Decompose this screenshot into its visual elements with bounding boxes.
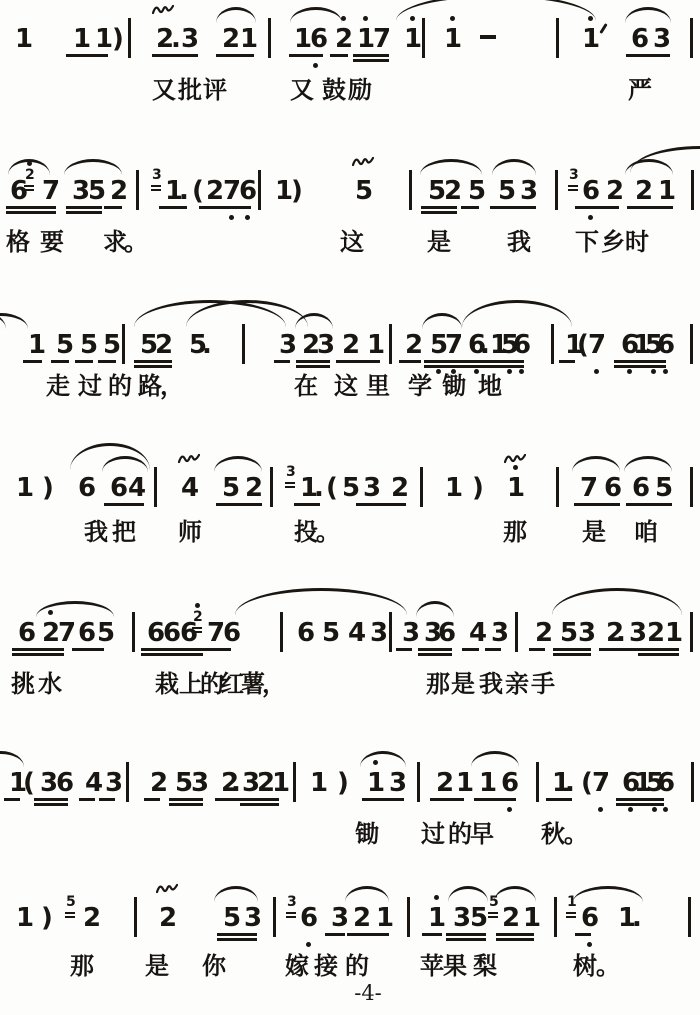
note-token: 6 [78, 473, 96, 503]
octave-dot-below [663, 807, 668, 812]
note-token: 7 [445, 330, 463, 360]
octave-dot-below [519, 369, 524, 374]
slur-arc [214, 886, 258, 902]
beam-underline [104, 503, 144, 506]
beam-underline [626, 503, 672, 506]
lyric-char: 乡 [601, 228, 625, 256]
beam-underline [12, 653, 64, 656]
beam-underline [169, 798, 203, 801]
lyric-char: 是 [582, 518, 606, 546]
octave-dot-below [627, 369, 632, 374]
grace-flag [151, 189, 161, 191]
slur-arc [552, 588, 682, 615]
grace-flag [566, 916, 576, 918]
grace-flag [151, 185, 161, 187]
beam-underline [559, 360, 575, 363]
dash-rest [480, 35, 496, 39]
octave-dot-above [513, 465, 518, 470]
note-token: 5 [222, 473, 240, 503]
octave-dot-above [450, 16, 455, 21]
note-token: 6 [297, 618, 315, 648]
note-token: 6 [239, 176, 257, 206]
barline [154, 467, 157, 507]
barline [128, 18, 131, 58]
barline [136, 170, 139, 210]
lyric-char: 批 [178, 76, 202, 104]
octave-dot-above [588, 16, 593, 21]
octave-dot-above [341, 16, 346, 21]
octave-dot-below [313, 63, 318, 68]
slur-arc [345, 886, 389, 902]
beam-underline [34, 798, 68, 801]
octave-dot-above [195, 603, 200, 608]
note-token: 1 [507, 473, 525, 503]
slur-arc [448, 886, 488, 902]
note-token: 2 [245, 473, 263, 503]
beam-underline [575, 206, 619, 209]
note-token: 1 [16, 903, 34, 933]
note-token: 5 [322, 618, 340, 648]
barline [293, 762, 296, 802]
grace-flag [568, 185, 578, 187]
note-token: 3 [402, 618, 420, 648]
barline [551, 324, 554, 364]
note-token: 2 [222, 24, 240, 54]
note-token: 1 [665, 618, 683, 648]
beam-underline [296, 365, 330, 368]
lyric-char: 师 [178, 518, 202, 546]
lyric-char: 那 [503, 518, 527, 546]
beam-underline [144, 798, 160, 801]
slur-arc [462, 300, 572, 327]
note-token: 7 [588, 330, 606, 360]
tie-tick [599, 23, 607, 34]
beam-underline [356, 503, 406, 506]
grace-note: 3 [569, 167, 579, 183]
barline [555, 170, 558, 210]
note-token: 5 [655, 473, 673, 503]
note-token: 3 [363, 473, 381, 503]
note-token: . [231, 768, 241, 798]
barline [690, 18, 693, 58]
note-token: 5 [223, 903, 241, 933]
slur-arc [573, 886, 643, 902]
note-token: 3 [181, 24, 199, 54]
note-token: 4 [181, 473, 199, 503]
slur-arc [494, 886, 536, 902]
beam-underline [396, 648, 412, 651]
beam-underline [12, 648, 64, 651]
note-token: ( [326, 473, 338, 503]
lyric-char: 励 [348, 76, 372, 104]
note-token: 1 [240, 24, 258, 54]
note-token: 5 [342, 473, 360, 503]
lyric-char: 严 [628, 76, 652, 104]
note-token: 2 [606, 176, 624, 206]
slur-arc [214, 456, 262, 472]
note-token: 2 [110, 176, 128, 206]
barline [690, 324, 693, 364]
barline [273, 897, 276, 937]
octave-dot-above [363, 16, 368, 21]
note-token: 6 [657, 768, 675, 798]
note-token: 3 [317, 330, 335, 360]
beam-underline [199, 206, 217, 209]
sheet-music-page: -4- 111)2.3211621711163又批评又鼓励严62735231.(… [0, 0, 700, 1015]
note-token: 6 [110, 473, 128, 503]
barline [280, 612, 283, 652]
beam-underline [296, 360, 330, 363]
barline [122, 324, 125, 364]
note-token: 2 [353, 903, 371, 933]
note-token: 1 [582, 24, 600, 54]
note-token: . [179, 176, 189, 206]
beam-underline [23, 360, 42, 363]
beam-underline [496, 933, 534, 936]
note-token: 6 [163, 618, 181, 648]
note-token: 1 [73, 24, 91, 54]
grace-note: 2 [193, 609, 203, 625]
note-token: 5 [470, 903, 488, 933]
lyric-char: 我 [507, 228, 531, 256]
beam-underline [616, 798, 664, 801]
barline [515, 612, 518, 652]
note-token: 2 [159, 903, 177, 933]
note-token: 1 [15, 24, 33, 54]
beam-underline [66, 211, 102, 214]
note-token: 6 [582, 176, 600, 206]
beam-underline [446, 933, 486, 936]
grace-flag [286, 912, 296, 914]
note-token: 3 [629, 618, 647, 648]
lyric-char: 评 [203, 76, 227, 104]
note-token: 6 [604, 473, 622, 503]
octave-dot-below [663, 369, 668, 374]
beam-underline [134, 365, 172, 368]
grace-flag [24, 185, 34, 187]
note-token: 3 [279, 330, 297, 360]
lyric-char: 格 [6, 228, 30, 256]
note-token: 1 [367, 768, 385, 798]
lyric-char: 手 [531, 670, 555, 698]
beam-underline [462, 648, 479, 651]
octave-dot-below [436, 369, 441, 374]
note-token: ( [23, 768, 35, 798]
barline [409, 170, 412, 210]
barline [389, 324, 392, 364]
note-token: 3 [370, 618, 388, 648]
lyric-char: 我 [84, 518, 108, 546]
note-token: 7 [580, 473, 598, 503]
grace-flag [192, 627, 202, 629]
note-token: 6 [56, 768, 74, 798]
note-token: 1 [404, 24, 422, 54]
beam-underline [217, 938, 257, 941]
octave-dot-below [598, 807, 603, 812]
note-token: ( [192, 176, 204, 206]
beam-underline [141, 648, 231, 651]
barline [691, 170, 694, 210]
trill-icon [156, 882, 178, 894]
beam-underline [336, 360, 380, 363]
note-token: 3 [520, 176, 538, 206]
trill-icon [504, 452, 526, 464]
lyric-char: 锄 [355, 820, 379, 848]
slur-arc [360, 751, 406, 767]
beam-underline [216, 54, 254, 57]
lyric-char: 秋 [541, 820, 565, 848]
beam-underline [34, 803, 68, 806]
note-token: ) [112, 24, 124, 54]
note-token: 5 [97, 618, 115, 648]
beam-underline [134, 360, 172, 363]
beam-underline [353, 54, 389, 57]
note-token: 1 [95, 24, 113, 54]
note-token: . [616, 618, 626, 648]
beam-underline [4, 798, 20, 801]
note-token: 6 [438, 618, 456, 648]
note-token: 2 [444, 176, 462, 206]
octave-dot-above [27, 161, 32, 166]
note-token: 2 [206, 176, 224, 206]
octave-dot-below [652, 807, 657, 812]
lyric-char: 。 [124, 228, 148, 256]
beam-underline [474, 798, 516, 801]
beam-underline [616, 803, 664, 806]
grace-flag [285, 486, 295, 488]
note-token: . [202, 330, 212, 360]
note-token: 2 [502, 903, 520, 933]
slur-arc [630, 146, 700, 173]
note-token: ) [42, 473, 54, 503]
barline [258, 170, 261, 210]
beam-underline [347, 933, 389, 936]
lyric-char: 是 [451, 670, 475, 698]
note-token: 5 [88, 176, 106, 206]
lyric-char: 苹 [420, 952, 444, 980]
note-token: . [632, 903, 642, 933]
lyric-char: 咱 [634, 518, 658, 546]
note-token: 5 [355, 176, 373, 206]
note-token: 6 [78, 618, 96, 648]
beam-underline [169, 803, 203, 806]
lyric-char: 投 [294, 518, 318, 546]
note-token: 6 [300, 903, 318, 933]
slur-arc [290, 7, 342, 23]
note-token: 2 [405, 330, 423, 360]
lyric-char: 在 [294, 372, 318, 400]
trill-icon [152, 3, 174, 15]
trill-icon [178, 452, 200, 464]
octave-dot-above [48, 610, 53, 615]
note-token: 6 [501, 768, 519, 798]
lyric-char: 学 [408, 372, 432, 400]
note-token: 2 [335, 24, 353, 54]
beam-underline [529, 648, 545, 651]
grace-note: 2 [25, 167, 35, 183]
slur-arc [216, 7, 256, 23]
beam-underline [490, 206, 536, 209]
beam-underline [104, 206, 122, 209]
note-token: . [171, 24, 181, 54]
slur-arc [235, 588, 407, 615]
beam-underline [424, 360, 466, 363]
note-token: 2 [150, 768, 168, 798]
beam-underline [430, 798, 464, 801]
barline [420, 467, 423, 507]
beam-underline [614, 360, 666, 363]
lyric-char: 时 [625, 228, 649, 256]
barline [407, 897, 410, 937]
note-token: 5 [498, 176, 516, 206]
octave-dot-above [434, 895, 439, 900]
note-token: 3 [453, 903, 471, 933]
note-token: 3 [105, 768, 123, 798]
beam-underline [289, 54, 323, 57]
grace-note: 3 [286, 464, 296, 480]
lyric-char: 水 [38, 670, 62, 698]
note-token: 3 [191, 768, 209, 798]
lyric-char: 是 [145, 952, 169, 980]
grace-flag [192, 631, 202, 633]
octave-dot-below [245, 215, 250, 220]
note-token: 1 [272, 768, 290, 798]
beam-underline [51, 360, 69, 363]
barline [134, 897, 137, 937]
barline [690, 467, 693, 507]
beam-underline [6, 206, 56, 209]
note-token: 1 [310, 768, 328, 798]
note-token: 2 [635, 176, 653, 206]
note-token: 4 [469, 618, 487, 648]
lyric-char: 。 [564, 820, 588, 848]
grace-note: 1 [567, 894, 577, 910]
lyric-char: 早 [470, 820, 494, 848]
note-token: 2 [391, 473, 409, 503]
grace-flag [566, 912, 576, 914]
lyric-char: 过 [78, 372, 102, 400]
beam-underline [421, 206, 457, 209]
beam-underline [72, 648, 104, 651]
note-token: 2 [155, 330, 173, 360]
grace-note: 5 [489, 894, 499, 910]
beam-underline [614, 365, 666, 368]
grace-note: 5 [66, 894, 76, 910]
beam-underline [294, 503, 320, 506]
barline [690, 612, 693, 652]
octave-dot-above [410, 16, 415, 21]
lyric-char: ， [262, 670, 286, 698]
note-token: 1 [658, 176, 676, 206]
barline [242, 324, 245, 364]
octave-dot-below [594, 369, 599, 374]
lyric-char: 这 [340, 228, 364, 256]
note-token: 2 [647, 618, 665, 648]
slur-arc [422, 313, 462, 329]
lyric-char: 这 [334, 372, 358, 400]
lyric-char: 下 [575, 228, 599, 256]
beam-underline [546, 798, 572, 801]
beam-underline [462, 365, 524, 368]
note-token: ) [291, 176, 303, 206]
note-token: 3 [653, 24, 671, 54]
grace-flag [568, 189, 578, 191]
note-token: 6 [581, 903, 599, 933]
note-token: 7 [373, 24, 391, 54]
octave-dot-above [373, 760, 378, 765]
note-token: 3 [244, 903, 262, 933]
lyric-char: 。 [316, 518, 340, 546]
note-token: . [314, 473, 324, 503]
slur-arc [624, 456, 672, 472]
beam-underline [399, 360, 421, 363]
barline [554, 897, 557, 937]
note-token: ) [337, 768, 349, 798]
note-token: 1 [523, 903, 541, 933]
octave-dot-below [507, 369, 512, 374]
beam-underline [217, 933, 257, 936]
beam-underline [575, 933, 591, 936]
note-token: . [565, 768, 575, 798]
beam-underline [446, 938, 486, 941]
barline [389, 612, 392, 652]
note-token: 2 [83, 903, 101, 933]
grace-flag [65, 916, 75, 918]
beam-underline [462, 360, 524, 363]
barline [556, 18, 559, 58]
lyric-char: 过 [421, 820, 445, 848]
lyric-char: 接 [314, 952, 338, 980]
grace-flag [65, 912, 75, 914]
note-token: 6 [513, 330, 531, 360]
beam-underline [274, 360, 290, 363]
slur-arc [420, 159, 482, 175]
note-token: 6 [657, 330, 675, 360]
barline [688, 897, 691, 937]
note-token: 3 [331, 903, 349, 933]
note-token: 1 [428, 903, 446, 933]
beam-underline [66, 206, 102, 209]
barline [417, 762, 420, 802]
beam-underline [99, 798, 115, 801]
note-token: 3 [389, 768, 407, 798]
barline [126, 762, 129, 802]
beam-underline [626, 54, 670, 57]
lyric-char: 走 [46, 372, 70, 400]
note-token: 6 [18, 618, 36, 648]
note-token: 6 [632, 473, 650, 503]
lyric-char: 锄 [442, 372, 466, 400]
lyric-char: 挑 [11, 670, 35, 698]
note-token: 7 [58, 618, 76, 648]
lyric-char: ， [160, 372, 184, 400]
note-token: 3 [578, 618, 596, 648]
note-token: 1 [479, 768, 497, 798]
octave-dot-below [306, 942, 311, 947]
barline [268, 18, 271, 58]
beam-underline [424, 365, 466, 368]
slur-arc [396, 0, 596, 21]
lyric-char: 地 [478, 372, 502, 400]
lyric-char: 的 [345, 952, 369, 980]
slur-arc [572, 456, 620, 472]
lyric-char: 栽 [155, 670, 179, 698]
beam-underline [353, 59, 389, 62]
lyric-char: 树 [573, 952, 597, 980]
beam-underline [79, 798, 95, 801]
note-token: 7 [42, 176, 60, 206]
grace-flag [24, 189, 34, 191]
